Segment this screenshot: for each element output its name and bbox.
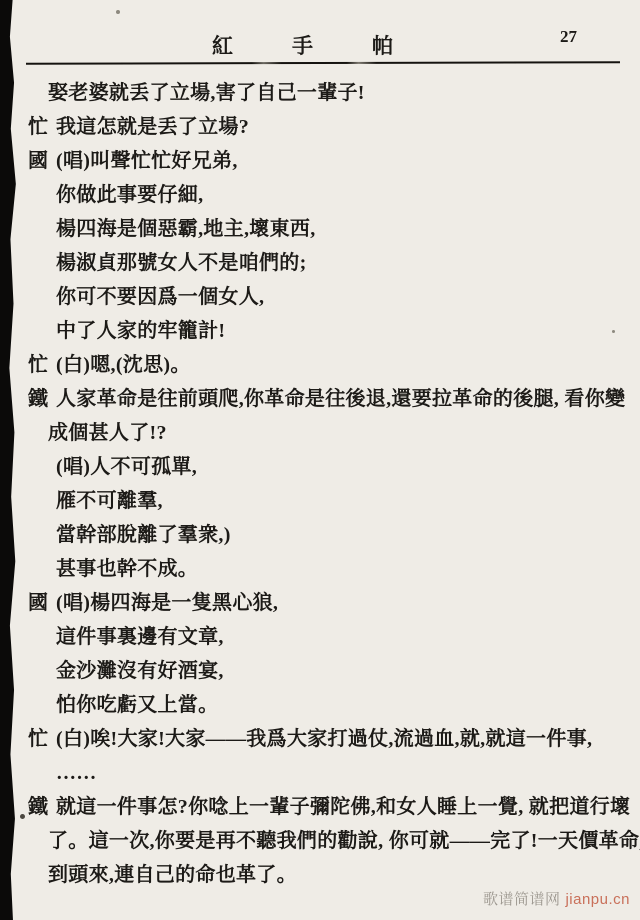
scan-speck xyxy=(20,814,25,819)
line-text: (白)唉!大家!大家——我爲大家打過仗,流過血,就,就這一件事, xyxy=(56,722,592,756)
line-text: …… xyxy=(56,756,97,790)
line-text: (唱)楊四海是一隻黑心狼, xyxy=(56,586,278,620)
script-line: 你可不要因爲一個女人, xyxy=(28,280,632,314)
line-text: 當幹部脫離了羣衆,) xyxy=(56,518,231,552)
site-watermark: 歌谱简谱网 jianpu.cn xyxy=(483,888,630,909)
line-text: 就這一件事怎?你唸上一輩子彌陀佛,和女人睡上一覺, 就把道行壞 xyxy=(56,790,630,824)
line-text: 怕你吃虧又上當。 xyxy=(56,688,218,722)
script-line: 這件事裏邊有文章, xyxy=(28,620,632,654)
running-title: 紅 手 帕 xyxy=(212,30,394,60)
speaker-label: 忙 xyxy=(28,722,56,756)
speaker-label: 國 xyxy=(28,586,56,620)
script-line: 楊四海是個惡霸,地主,壞東西, xyxy=(28,212,632,246)
line-text: 楊四海是個惡霸,地主,壞東西, xyxy=(56,212,316,246)
page-number: 27 xyxy=(560,27,577,47)
script-line: 忙(白)嗯,(沈思)。 xyxy=(28,348,632,382)
line-text: 成個甚人了!? xyxy=(48,416,167,450)
speaker-label: 忙 xyxy=(28,110,56,144)
line-text: 了。這一次,你要是再不聽我們的勸說, 你可就——完了!一天價革命, xyxy=(48,824,640,858)
line-text: 甚事也幹不成。 xyxy=(56,552,198,586)
script-line: 到頭來,連自己的命也革了。 xyxy=(28,858,632,892)
line-text: 到頭來,連自己的命也革了。 xyxy=(48,858,297,892)
script-line: 甚事也幹不成。 xyxy=(28,552,632,586)
scan-speck xyxy=(116,10,120,14)
script-line: 中了人家的牢籠計! xyxy=(28,314,632,348)
script-text-block: 娶老婆就丢了立場,害了自己一輩子! 忙我這怎就是丢了立場? 國(唱)叫聲忙忙好兄… xyxy=(28,76,632,892)
script-line: (唱)人不可孤單, xyxy=(28,450,632,484)
script-line: …… xyxy=(28,756,632,790)
script-line: 金沙灘沒有好酒宴, xyxy=(28,654,632,688)
script-line: 成個甚人了!? xyxy=(28,416,632,450)
scan-gutter-shadow xyxy=(0,0,18,920)
scanned-book-page: 紅 手 帕 27 娶老婆就丢了立場,害了自己一輩子! 忙我這怎就是丢了立場? 國… xyxy=(0,0,640,920)
header-rule xyxy=(26,61,620,65)
script-line: 忙我這怎就是丢了立場? xyxy=(28,110,632,144)
line-text: 你可不要因爲一個女人, xyxy=(56,280,264,314)
line-text: (唱)叫聲忙忙好兄弟, xyxy=(56,144,238,178)
line-text: 楊淑貞那號女人不是咱們的; xyxy=(56,246,307,280)
script-line: 國(唱)楊四海是一隻黑心狼, xyxy=(28,586,632,620)
script-line: 鐵就這一件事怎?你唸上一輩子彌陀佛,和女人睡上一覺, 就把道行壞 xyxy=(28,790,632,824)
line-text: 我這怎就是丢了立場? xyxy=(56,110,249,144)
script-line: 娶老婆就丢了立場,害了自己一輩子! xyxy=(28,76,632,110)
title-char: 紅 xyxy=(212,30,234,60)
script-line: 怕你吃虧又上當。 xyxy=(28,688,632,722)
line-text: 金沙灘沒有好酒宴, xyxy=(56,654,224,688)
line-text: 這件事裏邊有文章, xyxy=(56,620,224,654)
line-text: 人家革命是往前頭爬,你革命是往後退,還要拉革命的後腿, 看你變 xyxy=(56,382,625,416)
script-line: 當幹部脫離了羣衆,) xyxy=(28,518,632,552)
script-line: 雁不可離羣, xyxy=(28,484,632,518)
script-line: 了。這一次,你要是再不聽我們的勸說, 你可就——完了!一天價革命, xyxy=(28,824,632,858)
line-text: 中了人家的牢籠計! xyxy=(56,314,225,348)
speaker-label: 鐵 xyxy=(28,382,56,416)
line-text: 雁不可離羣, xyxy=(56,484,163,518)
speaker-label: 鐵 xyxy=(28,790,56,824)
title-char: 帕 xyxy=(372,30,394,60)
speaker-label: 忙 xyxy=(28,348,56,382)
script-line: 忙(白)唉!大家!大家——我爲大家打過仗,流過血,就,就這一件事, xyxy=(28,722,632,756)
speaker-label: 國 xyxy=(28,144,56,178)
watermark-site-url: jianpu.cn xyxy=(565,891,630,908)
line-text: (唱)人不可孤單, xyxy=(56,450,197,484)
line-text: 你做此事要仔細, xyxy=(56,178,203,212)
title-char: 手 xyxy=(292,30,314,60)
script-line: 鐵人家革命是往前頭爬,你革命是往後退,還要拉革命的後腿, 看你變 xyxy=(28,382,632,416)
line-text: 娶老婆就丢了立場,害了自己一輩子! xyxy=(48,76,365,110)
script-line: 楊淑貞那號女人不是咱們的; xyxy=(28,246,632,280)
watermark-site-name: 歌谱简谱网 xyxy=(483,888,561,909)
line-text: (白)嗯,(沈思)。 xyxy=(56,348,191,382)
script-line: 國(唱)叫聲忙忙好兄弟, xyxy=(28,144,632,178)
script-line: 你做此事要仔細, xyxy=(28,178,632,212)
